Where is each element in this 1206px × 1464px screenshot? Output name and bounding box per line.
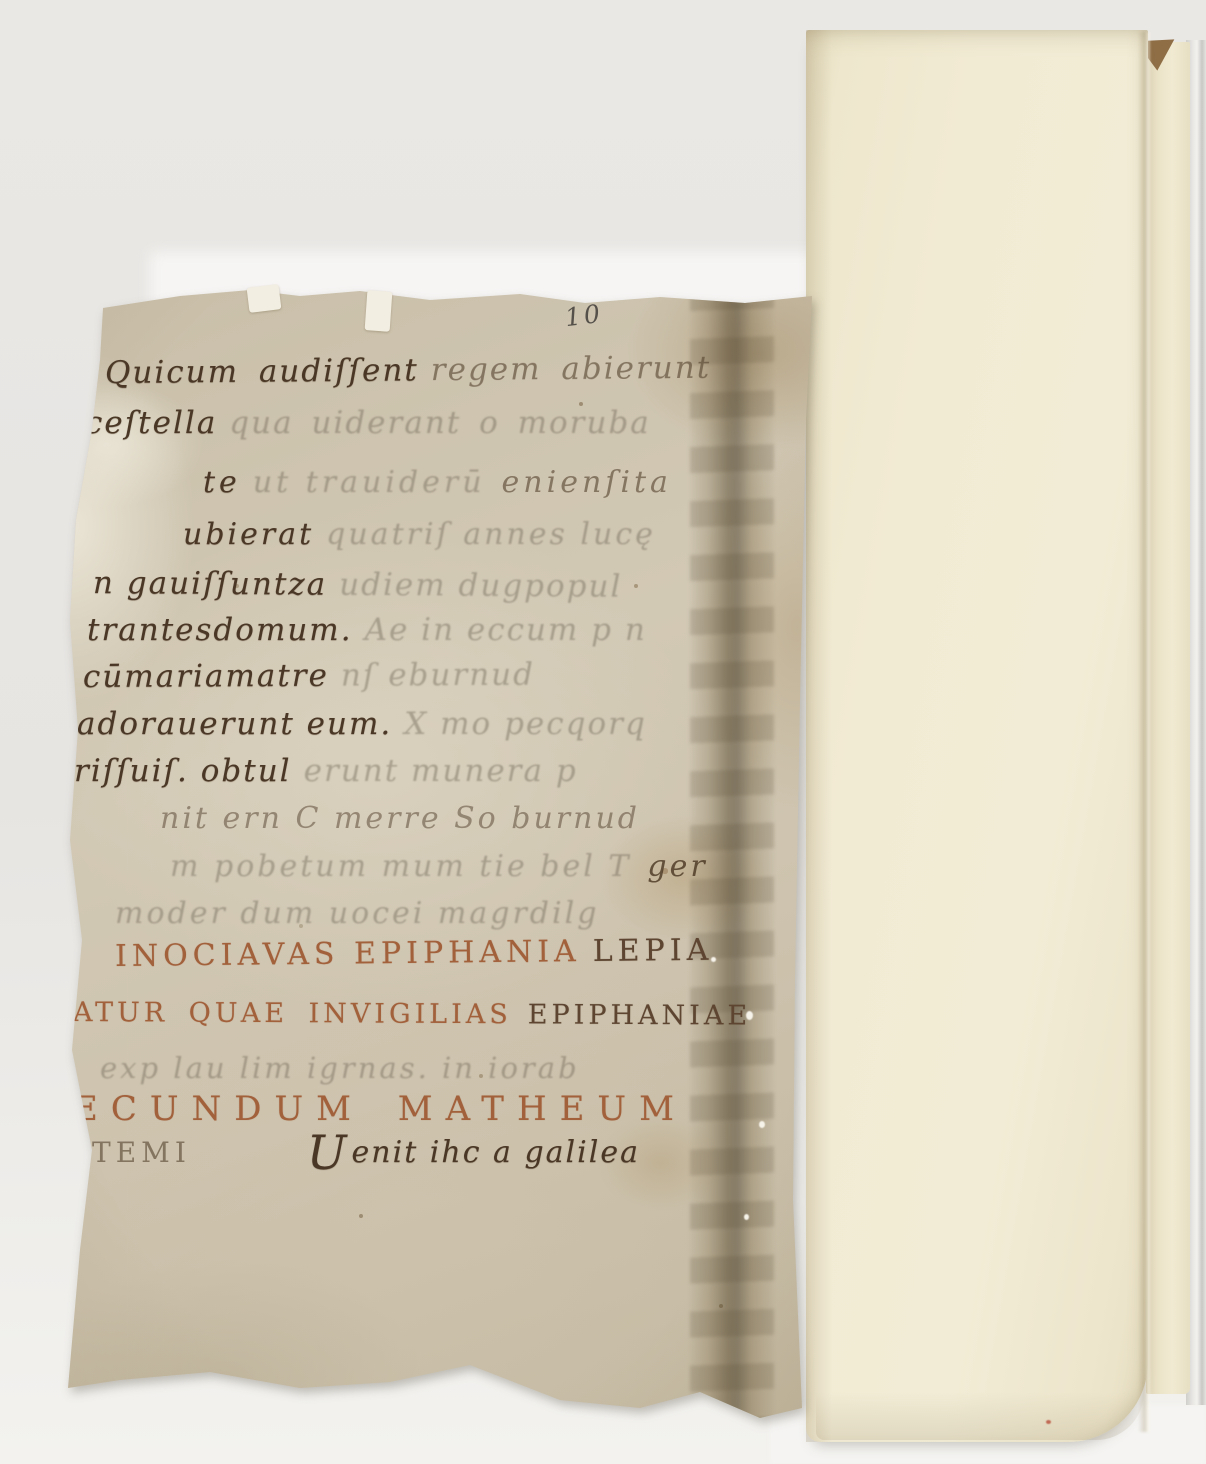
- parchment-speck: [759, 1121, 765, 1128]
- repair-tab: [247, 284, 282, 313]
- red-fleck: [1046, 1420, 1051, 1424]
- text-line-15: exp lau lim igrnas. in iorab: [88, 1051, 580, 1085]
- text-segment: ubierat: [183, 517, 314, 552]
- text-segment-faded: quatriſ annes lucę: [326, 517, 656, 552]
- text-segment-faded: Ae in eccum p n: [365, 612, 647, 648]
- rubric-line-3: ECUNDUM MATHEUM: [73, 1089, 687, 1129]
- rubric-red-segment: INOCIAVAS EPIPHANIA: [115, 934, 581, 974]
- flyleaf-page: [806, 30, 1148, 1442]
- text-segment-faded: enienſita: [502, 465, 672, 500]
- text-segment: ceſtella: [85, 405, 217, 441]
- text-segment-faded: qua uiderant o moruba: [229, 405, 650, 441]
- rubric-red-segment: ATUR QUAE INVIGILIAS: [73, 997, 512, 1030]
- text-segment: ger: [647, 849, 707, 884]
- parchment-speck: [711, 957, 716, 962]
- text-line-12: moder dum uocei magrdilg: [103, 896, 599, 931]
- text-line-1: Quicum audiſſentregem abierunt: [105, 350, 711, 391]
- manuscript-leaf: 10 Quicum audiſſentregem abierunt ceſtel…: [60, 285, 820, 1425]
- text-segment-faded: moder dum uocei magrdilg: [115, 896, 599, 931]
- text-segment-faded: erunt munera p: [304, 753, 578, 789]
- text-segment-faded: ut trauiderū: [253, 465, 486, 500]
- rubric-dark-segment: LEPIA: [593, 933, 714, 969]
- text-segment: te: [203, 465, 241, 500]
- text-line-6: trantesdomum.Ae in eccum p n: [87, 612, 647, 648]
- text-segment: Quicum audiſſent: [105, 352, 419, 391]
- text-line-10: nit ern C merre So burnud: [148, 801, 640, 836]
- text-line-4: ubieratquatriſ annes lucę: [183, 517, 656, 552]
- text-segment: enit ihc a galilea: [352, 1135, 640, 1170]
- parchment-speck: [746, 1011, 753, 1020]
- photo-backdrop: 10 Quicum audiſſentregem abierunt ceſtel…: [0, 0, 1206, 1464]
- text-line-2: ceſtellaqua uiderant o moruba: [85, 405, 651, 441]
- repair-tab: [365, 290, 393, 332]
- flyleaf-underpage: [1146, 42, 1190, 1394]
- rubric-line-1: INOCIAVAS EPIPHANIALEPIA: [115, 933, 714, 974]
- text-segment-faded: exp lau lim igrnas. in iorab: [100, 1051, 580, 1085]
- text-segment: adorauerunt eum.: [77, 706, 392, 742]
- text-segment-faded: X mo pecqorq: [404, 706, 647, 742]
- text-line-5: n gauiſſuntzaudiem dugpopul: [93, 565, 623, 605]
- text-line-7: cūmariamatrenſ eburnud: [83, 657, 535, 695]
- rubric-dark-segment: EPIPHANIAE: [528, 999, 751, 1031]
- parchment-speck: [744, 1214, 749, 1220]
- text-segment: trantesdomum.: [87, 612, 353, 648]
- text-segment-faded: nſ eburnud: [341, 657, 535, 694]
- text-segment-faded: m pobetum mum tie bel T: [170, 849, 631, 884]
- text-segment: n gauiſſuntza: [93, 565, 327, 603]
- text-segment-faded: udiem dugpopul: [339, 567, 622, 605]
- text-segment-faded: nit ern C merre So burnud: [160, 801, 640, 836]
- text-segment-faded: regem abierunt: [431, 350, 712, 388]
- rubric-line-2: ATUR QUAE INVIGILIASEPIPHANIAE: [73, 997, 751, 1032]
- text-line-3: teut trauiderūenienſita: [203, 465, 672, 500]
- rubric-red-segment: ECUNDUM MATHEUM: [73, 1089, 687, 1129]
- text-segment: cūmariamatre: [83, 658, 329, 695]
- gutter-stain: [690, 285, 774, 1425]
- text-line-8: adorauerunt eum.X mo pecqorq: [77, 706, 647, 742]
- text-line-9: riſſuiſ. obtulerunt munera p: [74, 753, 578, 789]
- manuscript-leaf-wrap: 10 Quicum audiſſentregem abierunt ceſtel…: [60, 285, 820, 1425]
- text-segment: riſſuiſ. obtul: [74, 753, 292, 789]
- flyleaf-fold-line: [1138, 32, 1150, 1432]
- stain-specks: [60, 285, 62, 287]
- page-number: 10: [563, 299, 604, 332]
- text-line-17: ITEMIUenit ihc a galilea: [76, 1135, 640, 1170]
- initial-letter: U: [307, 1139, 349, 1169]
- text-segment-faded: ITEMI: [76, 1136, 191, 1169]
- text-line-11: m pobetum mum tie bel Tger: [158, 849, 708, 884]
